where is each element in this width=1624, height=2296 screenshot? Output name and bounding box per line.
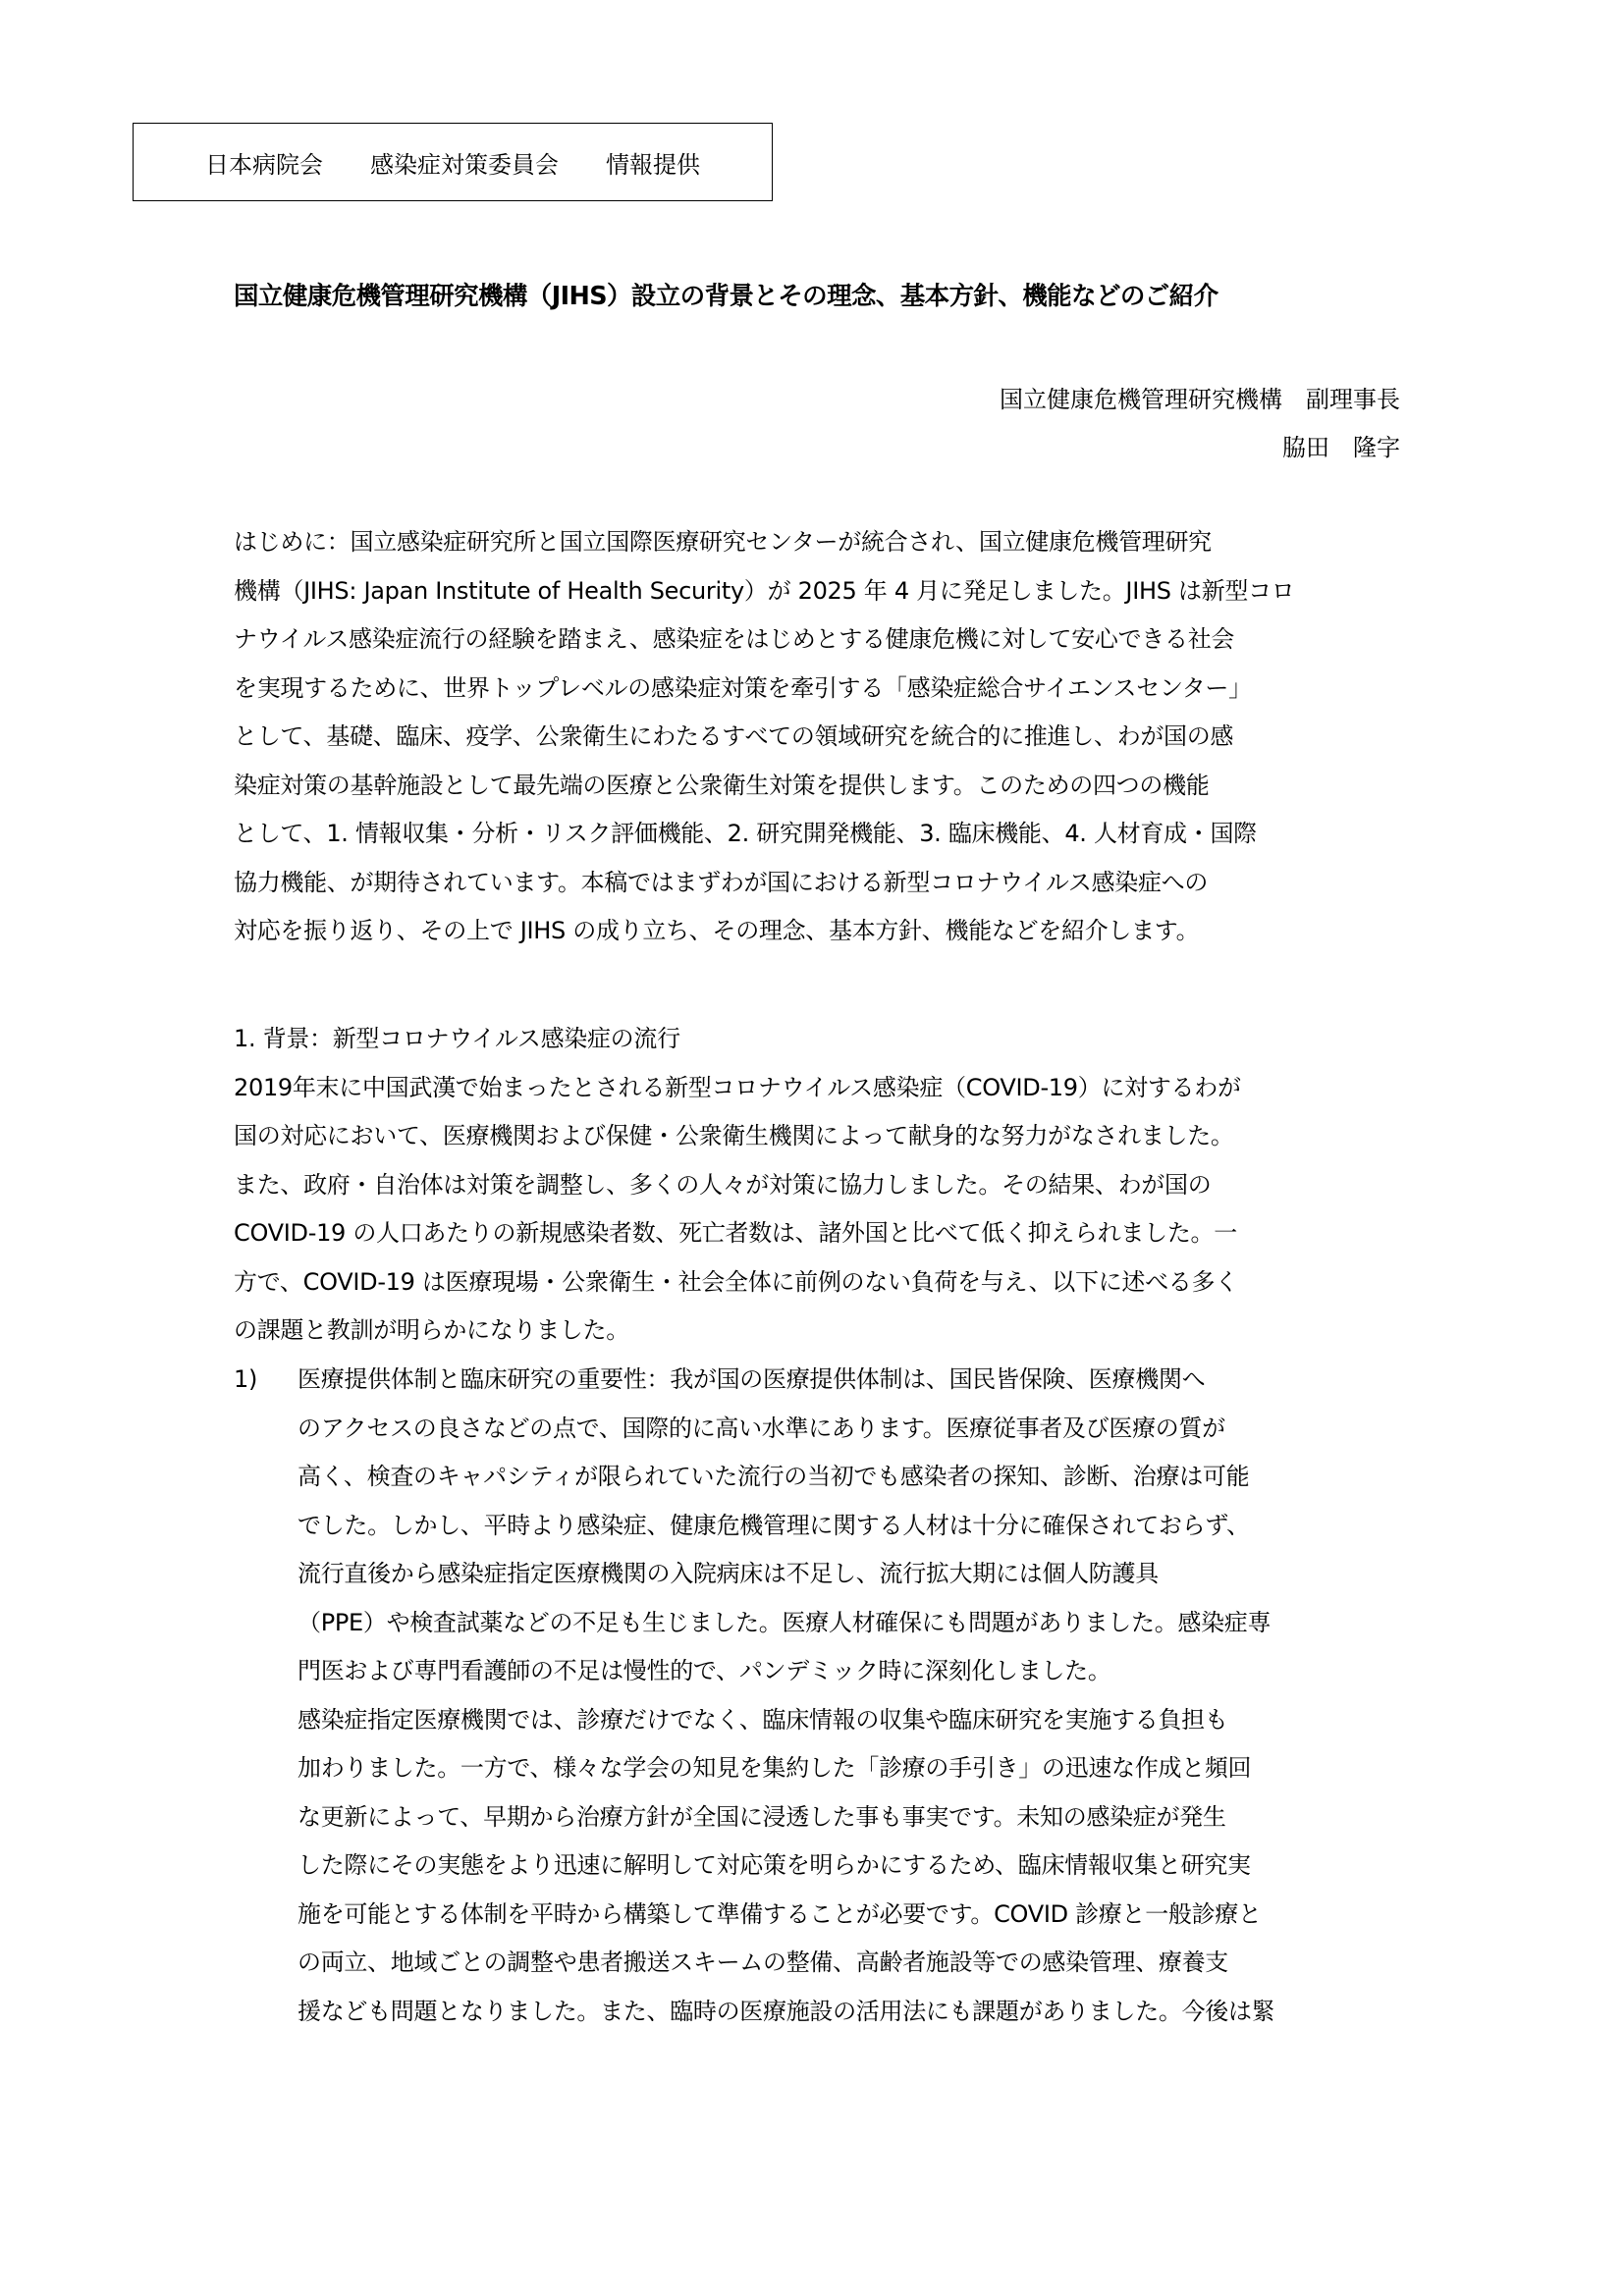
text-line: 国の対応において、医療機関および保健・公衆衛生機関によって献身的な努力がなされま… [234, 1112, 1402, 1161]
text-line: 援なども問題となりました。また、臨時の医療施設の活用法にも課題がありました。今後… [298, 1988, 1402, 2037]
text-line: 2019年末に中国武漢で始まったとされる新型コロナウイルス感染症（COVID-1… [234, 1064, 1402, 1113]
section-1: 1. 背景：新型コロナウイルス感染症の流行 2019年末に中国武漢で始まったとさ… [234, 1015, 1402, 1356]
author-name: 脇田 隆字 [1282, 428, 1400, 462]
document-title: 国立健康危機管理研究機構（JIHS）設立の背景とその理念、基本方針、機能などのご… [234, 277, 1402, 312]
text-line: 感染症指定医療機関では、診療だけでなく、臨床情報の収集や臨床研究を実施する負担も [298, 1696, 1402, 1745]
text-line: として、1. 情報収集・分析・リスク評価機能、2. 研究開発機能、3. 臨床機能… [234, 810, 1402, 859]
text-line: はじめに：国立感染症研究所と国立国際医療研究センターが統合され、国立健康危機管理… [234, 518, 1402, 567]
text-line: 門医および専門看護師の不足は慢性的で、パンデミック時に深刻化しました。 [298, 1647, 1402, 1696]
list-marker: 1) [234, 1356, 257, 1405]
text-line: として、基礎、臨床、疫学、公衆衛生にわたるすべての領域研究を統合的に推進し、わが… [234, 713, 1402, 762]
section-heading: 1. 背景：新型コロナウイルス感染症の流行 [234, 1015, 1402, 1064]
text-line: した際にその実態をより迅速に解明して対応策を明らかにするため、臨床情報収集と研究… [298, 1842, 1402, 1891]
list-item-body: 医療提供体制と臨床研究の重要性：我が国の医療提供体制は、国民皆保険、医療機関へ … [298, 1356, 1402, 2036]
text-line: 染症対策の基幹施設として最先端の医療と公衆衛生対策を提供します。このための四つの… [234, 762, 1402, 811]
text-line: 協力機能、が期待されています。本稿ではまずわが国における新型コロナウイルス感染症… [234, 859, 1402, 908]
intro-paragraph: はじめに：国立感染症研究所と国立国際医療研究センターが統合され、国立健康危機管理… [234, 518, 1402, 956]
text-line: （PPE）や検査試薬などの不足も生じました。医療人材確保にも問題がありました。感… [298, 1599, 1402, 1648]
text-line: の両立、地域ごとの調整や患者搬送スキームの整備、高齢者施設等での感染管理、療養支 [298, 1939, 1402, 1988]
header-org: 日本病院会 [205, 145, 323, 180]
info-header-box: 日本病院会 感染症対策委員会 情報提供 [133, 123, 773, 201]
text-line: また、政府・自治体は対策を調整し、多くの人々が対策に協力しました。その結果、わが… [234, 1161, 1402, 1210]
text-line: COVID-19 の人口あたりの新規感染者数、死亡者数は、諸外国と比べて低く抑え… [234, 1209, 1402, 1258]
text-line: 方で、COVID-19 は医療現場・公衆衛生・社会全体に前例のない負荷を与え、以… [234, 1258, 1402, 1308]
text-line: 施を可能とする体制を平時から構築して準備することが必要です。COVID 診療と一… [298, 1891, 1402, 1940]
text-line: を実現するために、世界トップレベルの感染症対策を牽引する「感染症総合サイエンスセ… [234, 665, 1402, 714]
text-line: の課題と教訓が明らかになりました。 [234, 1307, 1402, 1356]
header-committee: 感染症対策委員会 [370, 145, 559, 180]
text-line: な更新によって、早期から治療方針が全国に浸透した事も事実です。未知の感染症が発生 [298, 1793, 1402, 1842]
text-line: 医療提供体制と臨床研究の重要性：我が国の医療提供体制は、国民皆保険、医療機関へ [298, 1356, 1402, 1405]
text-line: でした。しかし、平時より感染症、健康危機管理に関する人材は十分に確保されておらず… [298, 1502, 1402, 1551]
text-line: 流行直後から感染症指定医療機関の入院病床は不足し、流行拡大期には個人防護具 [298, 1550, 1402, 1599]
text-line: 対応を振り返り、その上で JIHS の成り立ち、その理念、基本方針、機能などを紹… [234, 907, 1402, 956]
text-line: ナウイルス感染症流行の経験を踏まえ、感染症をはじめとする健康危機に対して安心でき… [234, 615, 1402, 665]
text-line: のアクセスの良さなどの点で、国際的に高い水準にあります。医療従事者及び医療の質が [298, 1405, 1402, 1454]
header-spacer-1 [323, 145, 370, 180]
text-line: 加わりました。一方で、様々な学会の知見を集約した「診療の手引き」の迅速な作成と頻… [298, 1744, 1402, 1793]
text-line: 機構（JIHS: Japan Institute of Health Secur… [234, 567, 1402, 616]
author-organization: 国立健康危機管理研究機構 副理事長 [1000, 380, 1400, 414]
header-label: 情報提供 [606, 145, 700, 180]
header-spacer-2 [559, 145, 606, 180]
text-line: 高く、検査のキャパシティが限られていた流行の当初でも感染者の探知、診断、治療は可… [298, 1453, 1402, 1502]
